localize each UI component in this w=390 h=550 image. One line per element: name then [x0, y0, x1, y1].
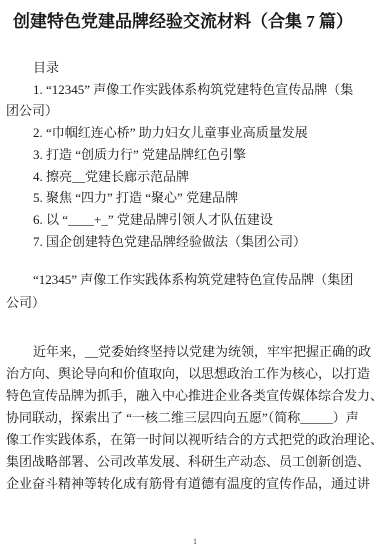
- body-line: 企业奋斗精神等转化成有筋骨有道德有温度的宣传作品，通过讲: [6, 473, 384, 495]
- toc-line: 团公司）: [6, 100, 384, 122]
- toc-line: 6. 以 “____+_” 党建品牌引领人才队伍建设: [6, 209, 384, 231]
- body-line: 治方向、舆论导向和价值取向，以思想政治工作为核心，以打造: [6, 363, 384, 385]
- toc-heading: 目录: [6, 57, 384, 79]
- body-line: 近年来，__党委始终坚持以党建为统领，牢牢把握正确的政: [6, 341, 384, 363]
- toc-line: 1. “12345” 声像工作实践体系构筑党建特色宣传品牌（集: [6, 79, 384, 101]
- body-line: 集团战略部署、公司改革发展、科研生产动态、员工创新创造、: [6, 451, 384, 473]
- body-line: 像工作实践体系，在第一时间以视听结合的方式把党的政治理论、: [6, 429, 384, 451]
- toc-line: 4. 擦亮__党建长廊示范品牌: [6, 166, 384, 188]
- section-heading: “12345” 声像工作实践体系构筑党建特色宣传品牌（集团公司）: [6, 269, 384, 314]
- document-title: 创建特色党建品牌经验交流材料（合集 7 篇）: [13, 9, 384, 35]
- toc-line: 5. 聚焦 “四力” 打造 “聚心” 党建品牌: [6, 187, 384, 209]
- document-page: 创建特色党建品牌经验交流材料（合集 7 篇） 目录 1. “12345” 声像工…: [0, 0, 390, 550]
- section-heading-line: 公司）: [6, 292, 384, 315]
- table-of-contents: 目录 1. “12345” 声像工作实践体系构筑党建特色宣传品牌（集团公司）2.…: [6, 57, 384, 252]
- toc-line: 7. 国企创建特色党建品牌经验做法（集团公司）: [6, 231, 384, 253]
- body-line: 协同联动，探索出了 “一核二维三层四向五愿”（简称_____）声: [6, 407, 384, 429]
- body-paragraph: 近年来，__党委始终坚持以党建为统领，牢牢把握正确的政治方向、舆论导向和价值取向…: [6, 341, 384, 495]
- section-heading-line: “12345” 声像工作实践体系构筑党建特色宣传品牌（集团: [6, 269, 384, 292]
- page-number: 1: [0, 537, 390, 546]
- toc-line: 3. 打造 “创质力行” 党建品牌红色引擎: [6, 144, 384, 166]
- body-line: 特色宣传品牌为抓手，融入中心推进企业各类宣传媒体综合发力、: [6, 385, 384, 407]
- toc-line: 2. “巾帼红连心桥” 助力妇女儿童事业高质量发展: [6, 122, 384, 144]
- toc-list: 1. “12345” 声像工作实践体系构筑党建特色宣传品牌（集团公司）2. “巾…: [6, 79, 384, 253]
